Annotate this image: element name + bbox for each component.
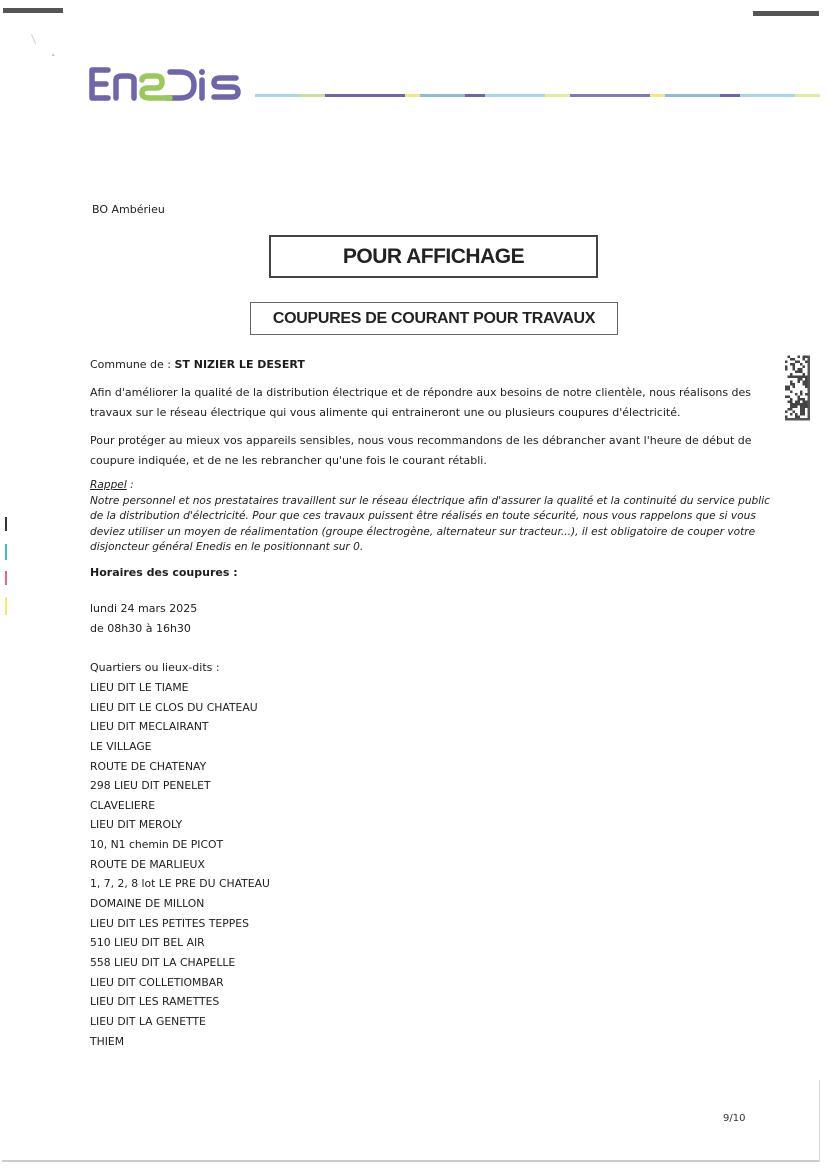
brand-decorative-line	[255, 94, 820, 97]
commune-value: ST NIZIER LE DESERT	[175, 358, 305, 371]
notice-subtitle: COUPURES DE COURANT POUR TRAVAUX	[273, 310, 595, 328]
enedis-logo-icon	[86, 66, 246, 102]
office-name: BO Ambérieu	[92, 203, 165, 216]
outage-hours: de 08h30 à 16h30	[90, 619, 780, 639]
list-item: LIEU DIT MECLAIRANT	[90, 717, 270, 737]
locations-title: Quartiers ou lieux-dits :	[90, 658, 780, 678]
list-item: 510 LIEU DIT BEL AIR	[90, 933, 270, 953]
page-edge-right	[819, 1080, 820, 1162]
list-item: 10, N1 chemin DE PICOT	[90, 835, 270, 855]
list-item: ROUTE DE CHATENAY	[90, 757, 270, 777]
list-item: THIEM	[90, 1032, 270, 1052]
locations-list: LIEU DIT LE TIAME LIEU DIT LE CLOS DU CH…	[90, 678, 270, 1051]
list-item: LIEU DIT LA GENETTE	[90, 1012, 270, 1032]
page-number: 9/10	[723, 1113, 745, 1124]
print-registration-mark-magenta	[5, 571, 7, 585]
page-edge-bottom	[2, 1160, 820, 1162]
schedule-title: Horaires des coupures :	[90, 563, 780, 583]
list-item: LIEU DIT LES RAMETTES	[90, 992, 270, 1012]
advice-paragraph: Pour protéger au mieux vos appareils sen…	[90, 431, 780, 471]
list-item: LIEU DIT MEROLY	[90, 815, 270, 835]
notice-subtitle-box: COUPURES DE COURANT POUR TRAVAUX	[250, 302, 618, 335]
rappel-separator: :	[127, 479, 134, 491]
rappel-section: Rappel : Notre personnel et nos prestata…	[90, 478, 780, 556]
notice-title-box: POUR AFFICHAGE	[269, 235, 598, 278]
list-item: DOMAINE DE MILLON	[90, 894, 270, 914]
print-registration-mark-yellow	[5, 597, 7, 615]
scan-artifact-dot: ▵	[52, 52, 55, 58]
intro-paragraph: Afin d'améliorer la qualité de la distri…	[90, 383, 780, 423]
print-registration-mark-black	[5, 517, 7, 531]
list-item: LIEU DIT LE TIAME	[90, 678, 270, 698]
list-item: LIEU DIT LES PETITES TEPPES	[90, 914, 270, 934]
list-item: ROUTE DE MARLIEUX	[90, 855, 270, 875]
commune-line: Commune de : ST NIZIER LE DESERT	[90, 355, 780, 375]
list-item: CLAVELIERE	[90, 796, 270, 816]
outage-date: lundi 24 mars 2025	[90, 599, 780, 619]
print-registration-mark-cyan	[5, 544, 7, 560]
scan-artifact-top-right	[753, 11, 819, 16]
list-item: 298 LIEU DIT PENELET	[90, 776, 270, 796]
list-item: LIEU DIT LE CLOS DU CHATEAU	[90, 698, 270, 718]
rappel-label: Rappel	[90, 479, 127, 491]
list-item: 1, 7, 2, 8 lot LE PRE DU CHATEAU	[90, 874, 270, 894]
scan-artifact-mark	[31, 34, 36, 43]
rappel-text: Notre personnel et nos prestataires trav…	[90, 494, 780, 556]
list-item: LE VILLAGE	[90, 737, 270, 757]
list-item: 558 LIEU DIT LA CHAPELLE	[90, 953, 270, 973]
list-item: LIEU DIT COLLETIOMBAR	[90, 973, 270, 993]
notice-title: POUR AFFICHAGE	[343, 245, 524, 269]
scan-artifact-top-left	[3, 8, 63, 13]
commune-label: Commune de :	[90, 358, 175, 371]
datamatrix-code-icon	[785, 355, 810, 421]
